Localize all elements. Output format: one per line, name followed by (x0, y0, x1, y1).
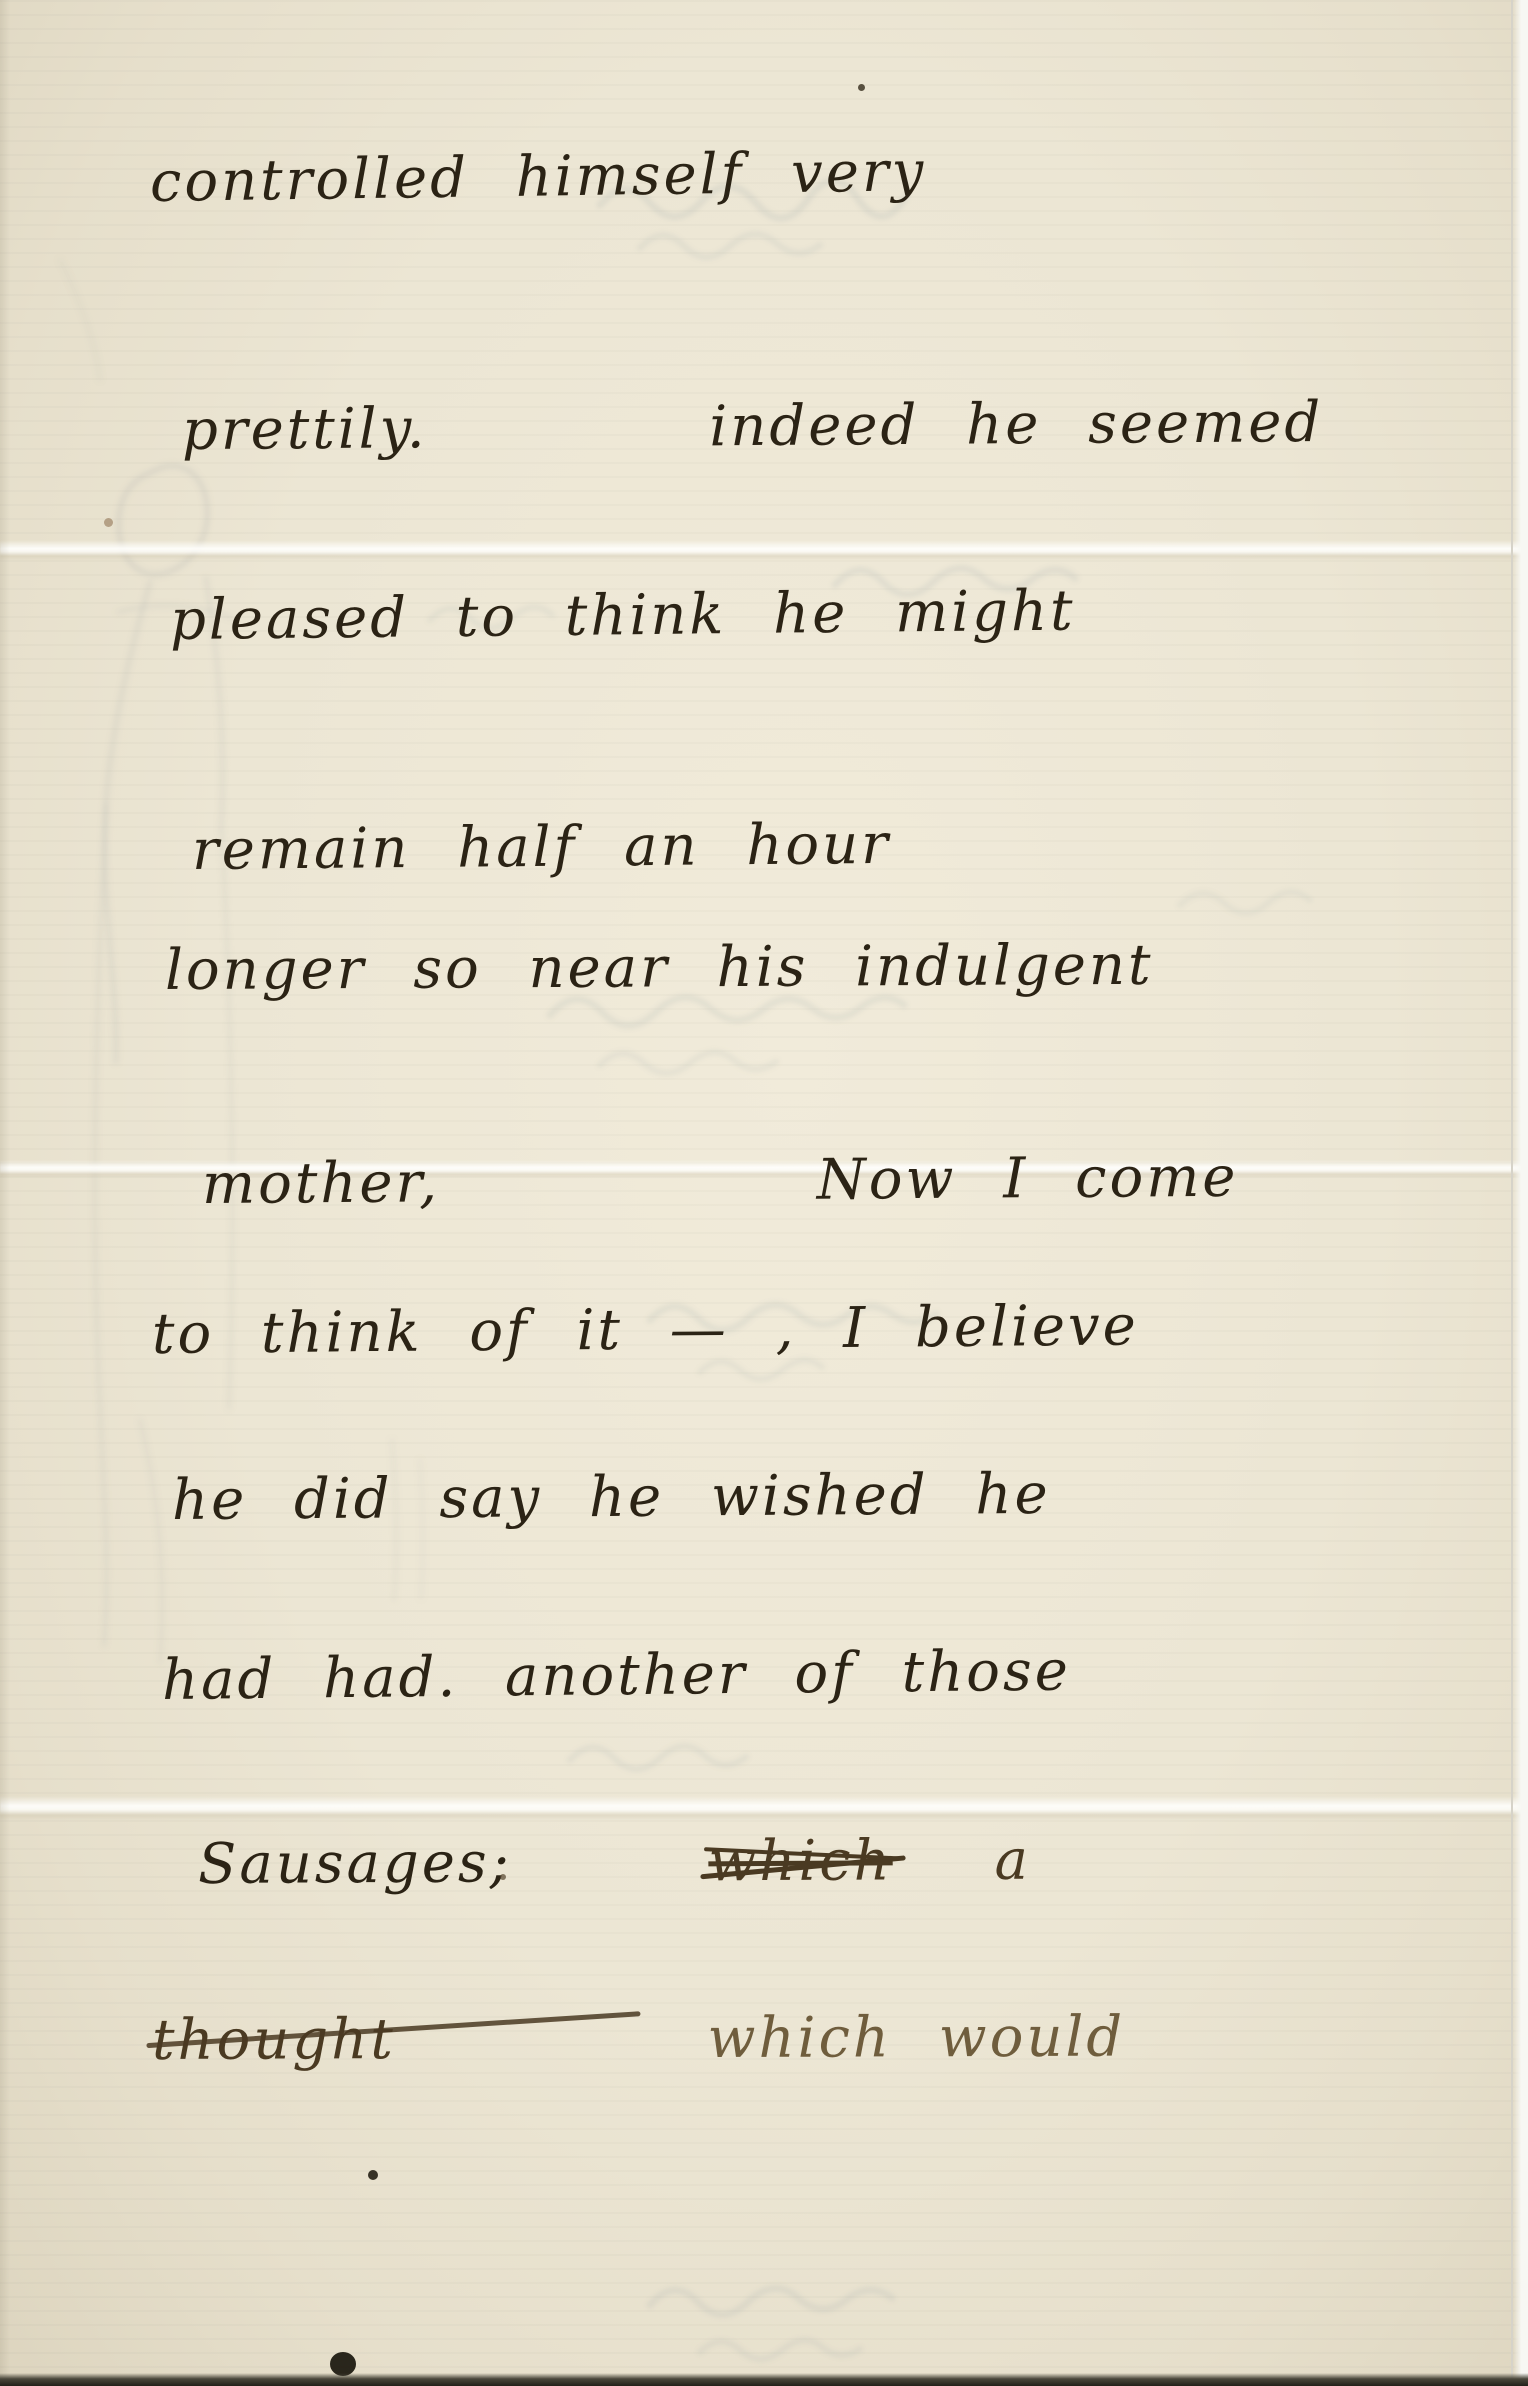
handwritten-word-segment: which (708, 1828, 893, 1894)
handwritten-word-segment: pleased to think he might (170, 579, 1076, 653)
handwritten-word-segment: mother, (202, 1150, 440, 1217)
handwriting-line: to think of it — , I believe (152, 1293, 1139, 1367)
handwritten-word-segment: thought (152, 2007, 396, 2073)
handwritten-word-segment: prettily. (182, 396, 428, 463)
handwriting-line: mother, Now I come (202, 1145, 1239, 1217)
handwritten-word-segment: Sausages; (198, 1830, 512, 1897)
handwritten-word-segment: remain half an hour (192, 812, 891, 883)
handwriting-line: prettily. indeed he seemed (182, 390, 1324, 463)
handwriting-line: thought which would (152, 2005, 1125, 2073)
handwriting-block: controlled himself veryprettily. indeed … (0, 0, 1528, 2386)
handwriting-line: pleased to think he might (170, 579, 1076, 653)
handwriting-line: controlled himself very (150, 139, 927, 215)
handwriting-line: had had. another of those (162, 1638, 1071, 1713)
handwritten-word-segment: had had. another of those (162, 1638, 1071, 1713)
handwritten-word-segment: to think of it — , I believe (152, 1293, 1139, 1367)
handwritten-word-segment: which would (707, 2005, 1125, 2071)
handwritten-word-segment: indeed he seemed (709, 390, 1323, 459)
handwritten-word-segment: Now I come (817, 1145, 1239, 1213)
handwriting-line: he did say he wished he (172, 1462, 1051, 1533)
handwriting-line: Sausages; which a (198, 1828, 1031, 1897)
handwriting-line: longer so near his indulgent (165, 933, 1154, 1003)
handwritten-word-segment: controlled himself very (150, 139, 927, 215)
handwritten-word-segment: longer so near his indulgent (165, 933, 1154, 1003)
handwriting-line: remain half an hour (192, 812, 891, 883)
handwritten-word-segment: he did say he wished he (172, 1462, 1051, 1533)
handwritten-word-segment: a (994, 1828, 1031, 1893)
letter-page: controlled himself veryprettily. indeed … (0, 0, 1528, 2386)
